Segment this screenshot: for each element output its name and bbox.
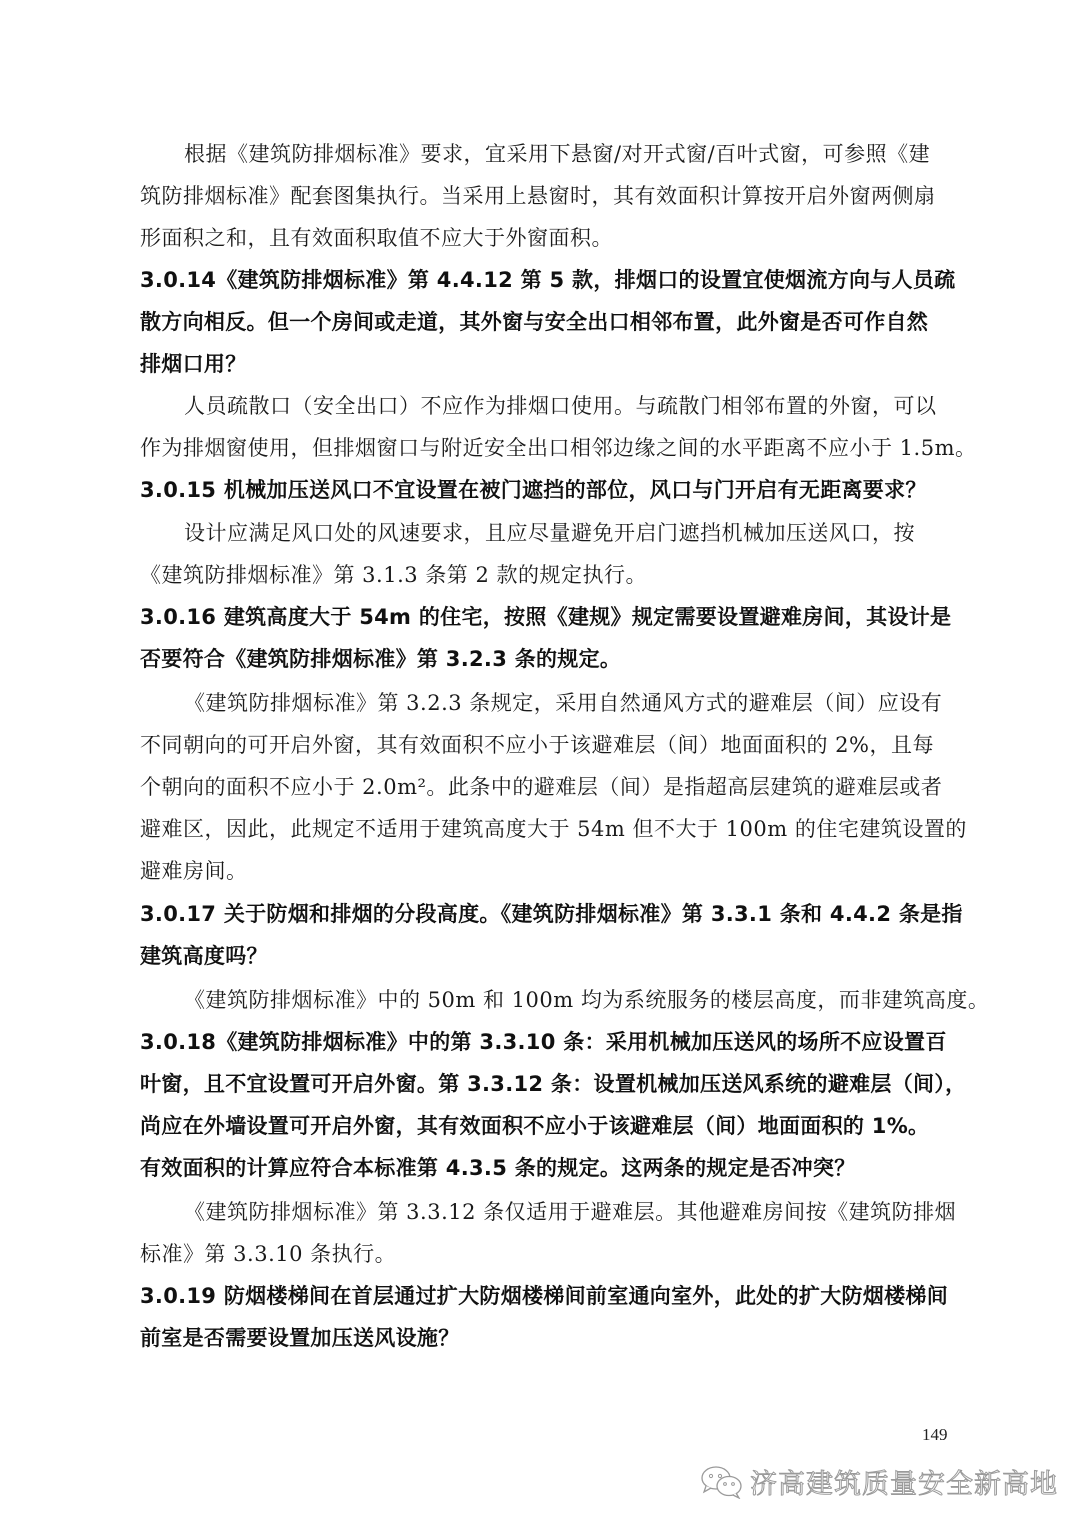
question-heading-line: 3.0.17 关于防烟和排烟的分段高度。《建筑防排烟标准》第 3.3.1 条和 … <box>140 899 963 929</box>
answer-text-line: 设计应满足风口处的风速要求，且应尽量避免开启门遮挡机械加压送风口，按 <box>184 518 915 548</box>
question-heading-line: 3.0.14《建筑防排烟标准》第 4.4.12 第 5 款，排烟口的设置宜使烟流… <box>140 265 955 295</box>
question-heading-line: 3.0.18《建筑防排烟标准》中的第 3.3.10 条：采用机械加压送风的场所不… <box>140 1027 947 1057</box>
watermark-text: 济高建筑质量安全新高地 <box>750 1462 1058 1501</box>
answer-text-line: 个朝向的面积不应小于 2.0m²。此条中的避难层（间）是指超高层建筑的避难层或者 <box>140 772 942 802</box>
answer-text-line: 《建筑防排烟标准》第 3.3.12 条仅适用于避难层。其他避难房间按《建筑防排烟 <box>184 1197 956 1227</box>
question-heading-line: 散方向相反。但一个房间或走道，其外窗与安全出口相邻布置，此外窗是否可作自然 <box>140 307 928 337</box>
answer-text-line: 标准》第 3.3.10 条执行。 <box>140 1239 396 1269</box>
answer-text-line: 作为排烟窗使用，但排烟窗口与附近安全出口相邻边缘之间的水平距离不应小于 1.5m… <box>140 433 976 463</box>
answer-text-line: 不同朝向的可开启外窗，其有效面积不应小于该避难层（间）地面面积的 2%，且每 <box>140 730 934 760</box>
answer-text-line: 避难区，因此，此规定不适用于建筑高度大于 54m 但不大于 100m 的住宅建筑… <box>140 814 967 844</box>
question-heading-line: 否要符合《建筑防排烟标准》第 3.2.3 条的规定。 <box>140 644 621 674</box>
question-heading-line: 3.0.19 防烟楼梯间在首层通过扩大防烟楼梯间前室通向室外，此处的扩大防烟楼梯… <box>140 1281 948 1311</box>
question-heading-line: 3.0.16 建筑高度大于 54m 的住宅，按照《建规》规定需要设置避难房间，其… <box>140 602 951 632</box>
question-heading-line: 前室是否需要设置加压送风设施？ <box>140 1323 460 1353</box>
answer-text-line: 《建筑防排烟标准》第 3.1.3 条第 2 款的规定执行。 <box>140 560 647 590</box>
watermark: 济高建筑质量安全新高地 <box>700 1462 1058 1501</box>
document-page: 根据《建筑防排烟标准》要求，宜采用下悬窗/对开式窗/百叶式窗，可参照《建筑防排烟… <box>0 0 1080 1527</box>
question-heading-line: 叶窗，且不宜设置可开启外窗。第 3.3.12 条：设置机械加压送风系统的避难层（… <box>140 1069 966 1099</box>
answer-text-line: 人员疏散口（安全出口）不应作为排烟口使用。与疏散门相邻布置的外窗，可以 <box>184 391 937 421</box>
answer-text-line: 筑防排烟标准》配套图集执行。当采用上悬窗时，其有效面积计算按开启外窗两侧扇 <box>140 181 936 211</box>
question-heading-line: 有效面积的计算应符合本标准第 4.3.5 条的规定。这两条的规定是否冲突？ <box>140 1153 856 1183</box>
question-heading-line: 排烟口用？ <box>140 349 247 379</box>
question-heading-line: 建筑高度吗？ <box>140 941 268 971</box>
answer-text-line: 《建筑防排烟标准》中的 50m 和 100m 均为系统服务的楼层高度，而非建筑高… <box>184 985 989 1015</box>
question-heading-line: 尚应在外墙设置可开启外窗，其有效面积不应小于该避难层（间）地面面积的 1%。 <box>140 1111 929 1141</box>
answer-text-line: 避难房间。 <box>140 856 248 886</box>
wechat-icon <box>700 1465 744 1499</box>
answer-text-line: 根据《建筑防排烟标准》要求，宜采用下悬窗/对开式窗/百叶式窗，可参照《建 <box>184 139 930 169</box>
question-heading-line: 3.0.15 机械加压送风口不宜设置在被门遮挡的部位，风口与门开启有无距离要求？ <box>140 475 927 505</box>
answer-text-line: 形面积之和，且有效面积取值不应大于外窗面积。 <box>140 223 613 253</box>
answer-text-line: 《建筑防排烟标准》第 3.2.3 条规定，采用自然通风方式的避难层（间）应设有 <box>184 688 942 718</box>
page-number: 149 <box>922 1425 948 1445</box>
